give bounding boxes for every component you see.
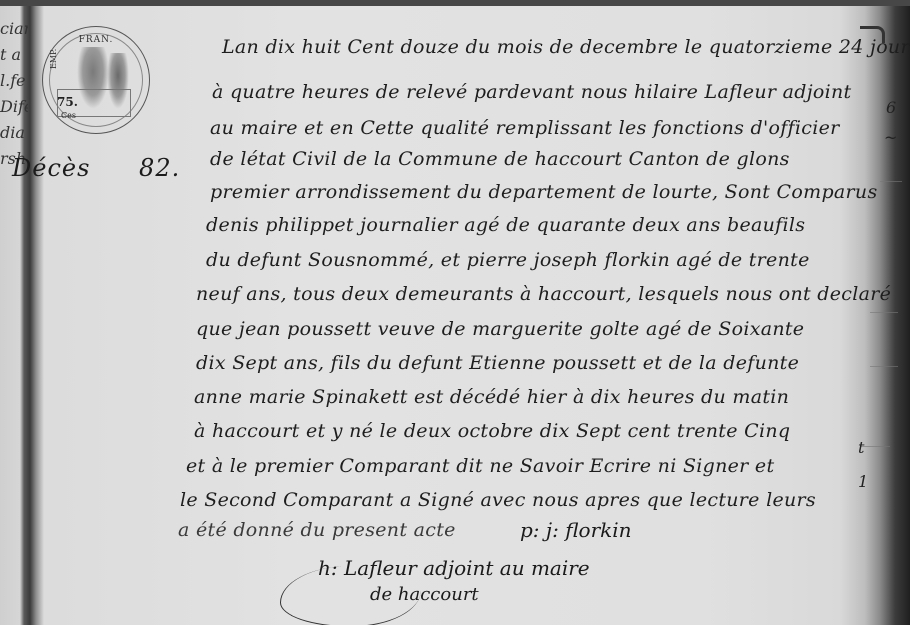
margin-mark: 1 [858, 472, 868, 491]
stamp-unit: Ces [61, 111, 76, 120]
text-line-6: denis philippet journalier agé de quaran… [206, 214, 805, 236]
register-page: ciam t a l.fe Dife dia rsh FRAN. EMP. 75… [0, 6, 910, 625]
fragment-text: t a [0, 42, 28, 68]
margin-mark: ~ [884, 128, 897, 147]
text-line-11: anne marie Spinakett est décédé hier à d… [194, 386, 789, 408]
stamp-side-text: EMP. [49, 49, 58, 69]
signature-flourish [280, 566, 421, 625]
margin-rule [870, 366, 898, 367]
stamp-top-text: FRAN. [43, 35, 149, 45]
tax-stamp: FRAN. EMP. 75. Ces [42, 26, 150, 134]
margin-rule [860, 446, 890, 447]
text-line-14: le Second Comparant a Signé avec nous ap… [180, 489, 816, 511]
text-line-13: et à le premier Comparant dit ne Savoir … [186, 455, 774, 477]
fragment-text: Dife [0, 94, 28, 120]
fragment-text: dia [0, 120, 28, 146]
entry-number: 82. [139, 154, 180, 182]
text-line-7: du defunt Sousnommé, et pierre joseph fl… [206, 249, 810, 271]
margin-rule [870, 312, 898, 313]
margin-heading: Décès 82. [12, 154, 180, 182]
text-line-4: de létat Civil de la Commune de haccourt… [210, 148, 790, 170]
witness-signature: p: j: florkin [520, 518, 632, 542]
fragment-text: l.fe [0, 68, 28, 94]
text-line-15: a été donné du present acte [178, 519, 456, 541]
text-line-5: premier arrondissement du departement de… [210, 181, 878, 203]
text-line-3: au maire et en Cette qualité remplissant… [210, 117, 840, 139]
margin-label: Décès [12, 154, 90, 182]
margin-mark: 6 [886, 98, 896, 117]
text-line-10: dix Sept ans, fils du defunt Etienne pou… [196, 352, 799, 374]
margin-mark: t [858, 438, 864, 457]
text-line-9: que jean poussett veuve de marguerite go… [196, 318, 804, 340]
text-line-8: neuf ans, tous deux demeurants à haccour… [196, 283, 891, 305]
margin-rule [880, 181, 902, 182]
page-edge-fold [860, 26, 885, 43]
text-line-2: à quatre heures de relevé pardevant nous… [212, 81, 851, 103]
text-line-1: Lan dix huit Cent douze du mois de decem… [222, 36, 910, 58]
fragment-text: ciam [0, 16, 28, 42]
text-line-12: à haccourt et y né le deux octobre dix S… [194, 420, 790, 442]
stamp-value: 75. [57, 95, 78, 109]
